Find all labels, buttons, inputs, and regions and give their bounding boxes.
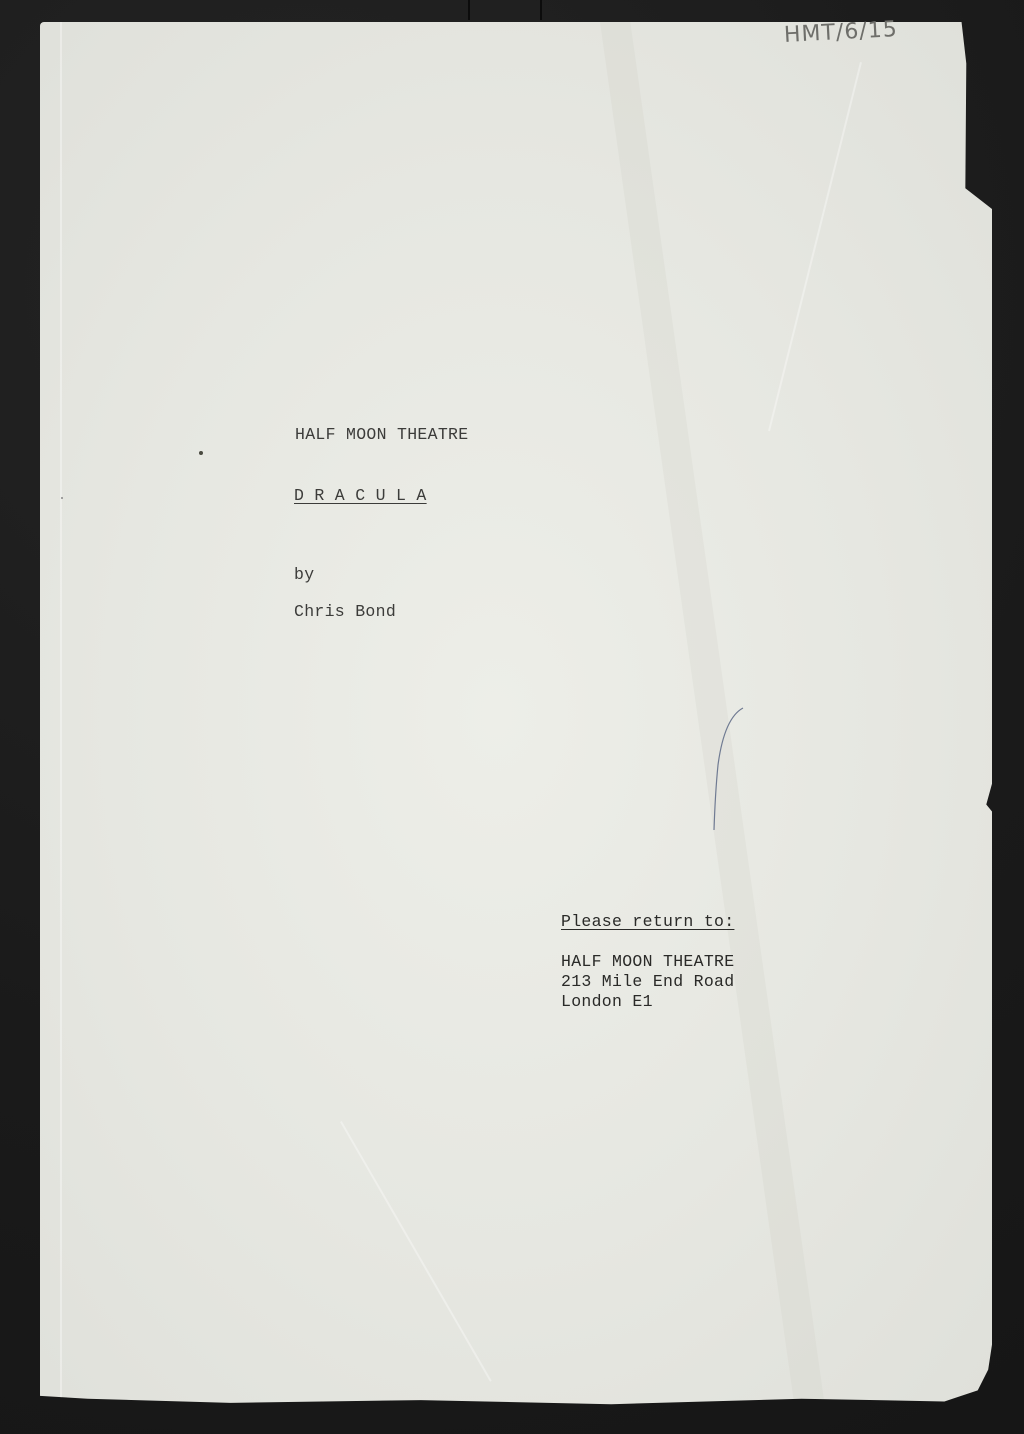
pen-stroke-mark — [710, 705, 750, 835]
return-address-line: HALF MOON THEATRE — [561, 952, 734, 972]
paper-sheet — [40, 22, 992, 1407]
paper-crease — [340, 1121, 492, 1382]
binder-edge — [468, 0, 470, 20]
ink-speck — [199, 451, 203, 455]
theatre-header: HALF MOON THEATRE — [295, 425, 468, 445]
by-label: by — [294, 565, 314, 585]
ink-speck — [61, 497, 63, 499]
paper-crease — [768, 62, 862, 431]
author-name: Chris Bond — [294, 602, 396, 622]
play-title: D R A C U L A — [294, 486, 427, 506]
return-address-line: London E1 — [561, 992, 653, 1012]
return-label: Please return to: — [561, 912, 734, 932]
return-address-line: 213 Mile End Road — [561, 972, 734, 992]
binder-edge — [540, 0, 542, 20]
paper-crease — [60, 22, 62, 1402]
